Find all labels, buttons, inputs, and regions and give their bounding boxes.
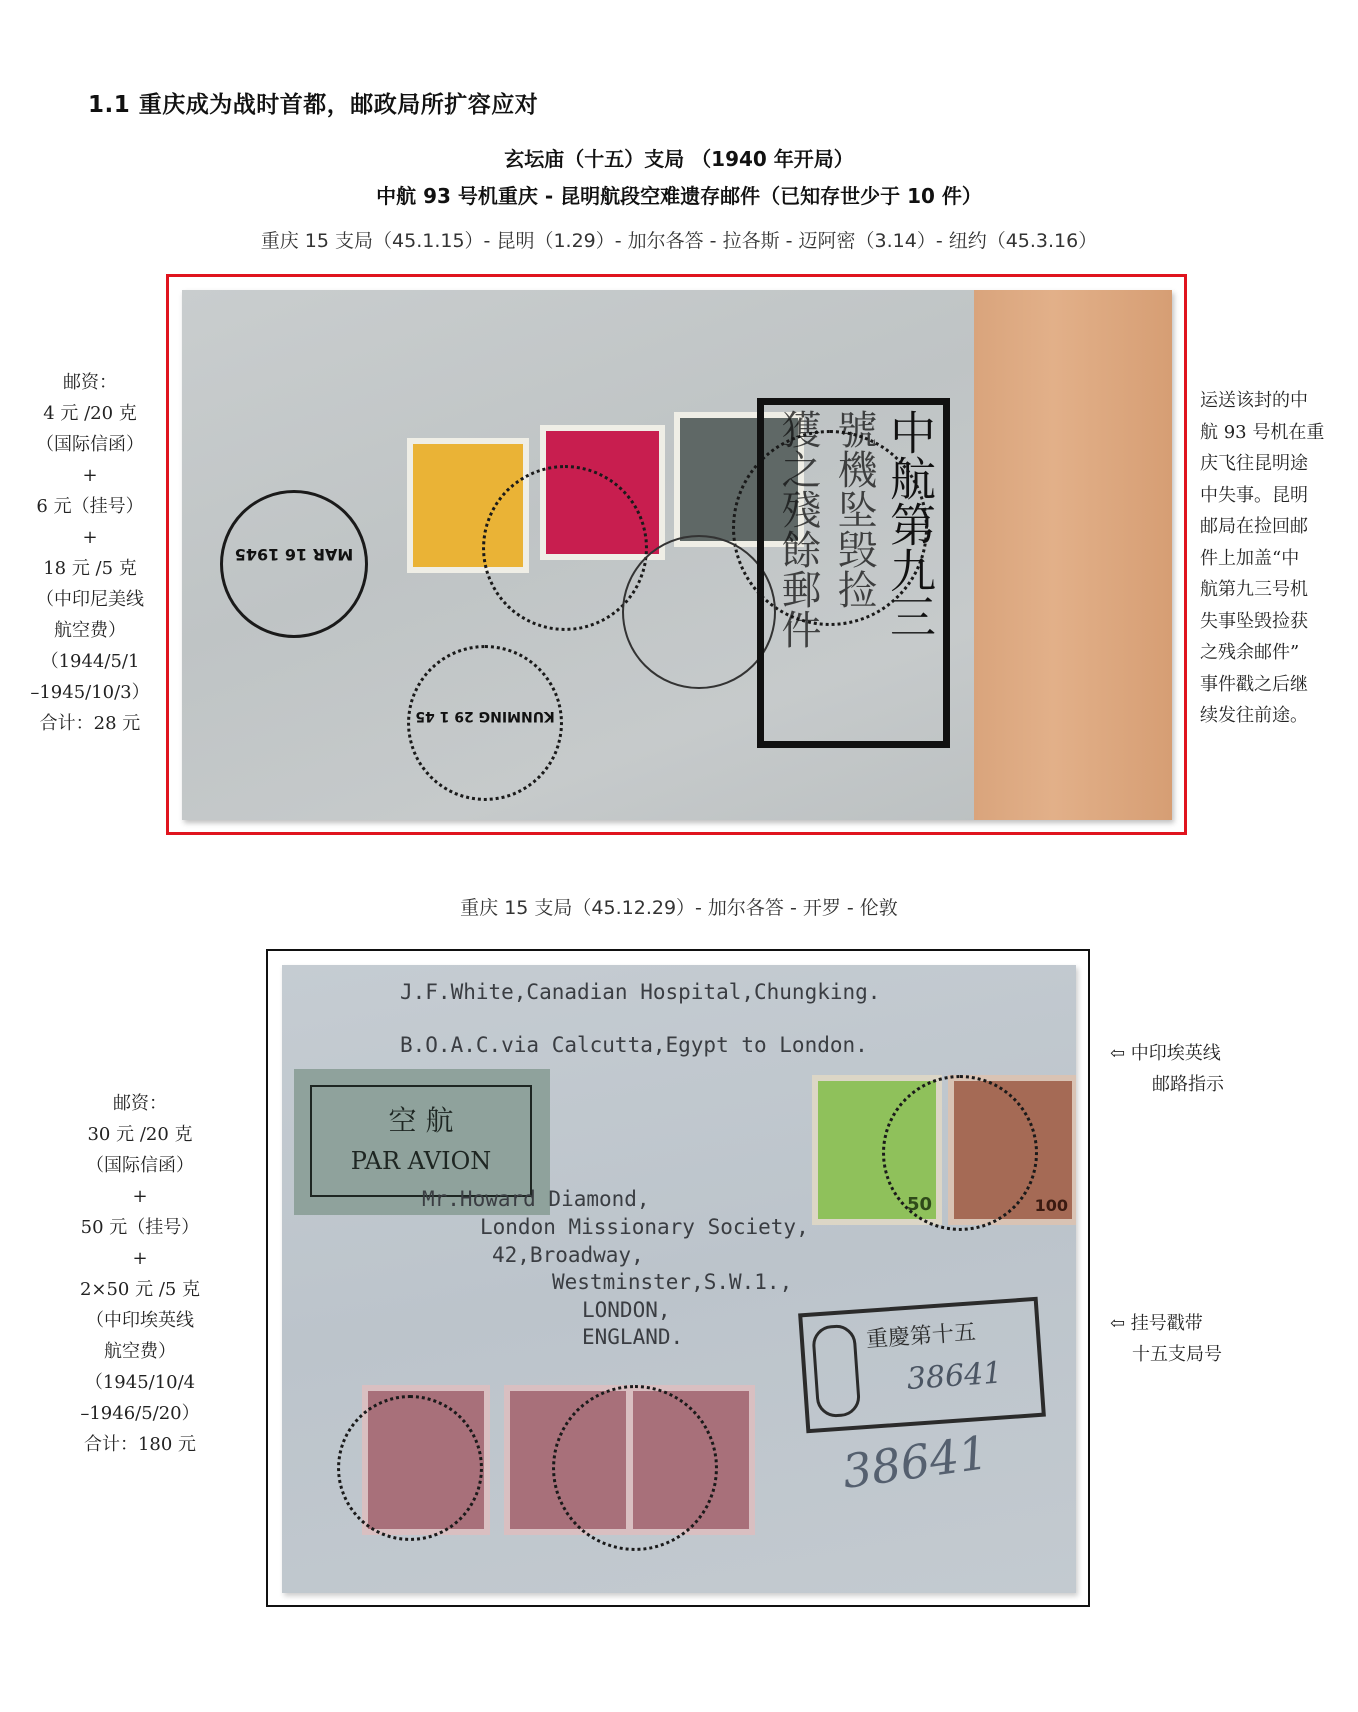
registration-number: 38641: [906, 1355, 1004, 1397]
note-line: 合计：180 元: [55, 1429, 225, 1460]
chungking-postmark-4: [552, 1385, 718, 1551]
routing-line: B.O.A.C.via Calcutta,Egypt to London.: [400, 1033, 868, 1057]
note-line: 航空费）: [55, 1336, 225, 1367]
note-line: +: [20, 460, 160, 491]
note-line: （中印尼美线: [20, 584, 160, 615]
note-line: 事件戳之后继: [1200, 669, 1350, 701]
annotation-line: 邮路指示: [1110, 1069, 1330, 1100]
cachet-line: 獲之殘餘郵件: [771, 409, 825, 649]
note-line: 邮局在捡回邮: [1200, 511, 1350, 543]
annotation-route: ⇦ 中印埃英线 邮路指示: [1110, 1038, 1330, 1100]
note-line: +: [55, 1181, 225, 1212]
note-line: +: [20, 522, 160, 553]
registration-cachet: 重慶第十五 38641: [798, 1297, 1046, 1433]
handwritten-number: 38641: [839, 1425, 991, 1499]
note-line: （国际信函）: [20, 429, 160, 460]
note-line: 航 93 号机在重: [1200, 417, 1350, 449]
sender-line: J.F.White,Canadian Hospital,Chungking.: [400, 980, 880, 1004]
annotation-line: 十五支局号: [1110, 1339, 1330, 1370]
note-line: +: [55, 1243, 225, 1274]
section-title: 1.1 重庆成为战时首都，邮政局所扩容应对: [88, 86, 538, 119]
note-line: 之残余邮件”: [1200, 637, 1350, 669]
cover1-subtitle-2: 中航 93 号机重庆 - 昆明航段空难遗存邮件（已知存世少于 10 件）: [0, 180, 1358, 209]
cachet-line: 號機坠毁捡: [827, 409, 881, 609]
address-line: London Missionary Society,: [480, 1215, 809, 1239]
note-line: 件上加盖“中: [1200, 543, 1350, 575]
backing-tape: [974, 290, 1172, 820]
registered-postmark: MAR 16 1945: [220, 490, 368, 638]
cover1-postage-note: 邮资： 4 元 /20 克 （国际信函） + 6 元（挂号） + 18 元 /5…: [20, 367, 160, 739]
miami-postmark: [622, 535, 776, 689]
note-line: （国际信函）: [55, 1150, 225, 1181]
address-line: ENGLAND.: [582, 1325, 683, 1349]
postmark-kunming-text: KUNMING 29 1 45: [410, 708, 560, 724]
note-line: 邮资：: [20, 367, 160, 398]
note-line: （1944/5/1: [20, 646, 160, 677]
chungking-postmark: [882, 1075, 1038, 1231]
address-line: LONDON,: [582, 1298, 671, 1322]
note-line: –1946/5/20）: [55, 1398, 225, 1429]
address-line: Mr.Howard Diamond,: [422, 1187, 650, 1211]
airmail-label-fr: PAR AVION: [312, 1147, 530, 1175]
airmail-label-border: 空 航 PAR AVION: [310, 1085, 532, 1197]
annotation-line: ⇦ 中印埃英线: [1110, 1038, 1330, 1069]
note-line: 庆飞往昆明途: [1200, 448, 1350, 480]
note-line: 续发往前途。: [1200, 700, 1350, 732]
note-line: –1945/10/3）: [20, 677, 160, 708]
cover1-route: 重庆 15 支局（45.1.15）- 昆明（1.29）- 加尔各答 - 拉各斯 …: [0, 226, 1358, 253]
cover1-subtitle-1: 玄坛庙（十五）支局 （1940 年开局）: [0, 143, 1358, 172]
note-line: 航第九三号机: [1200, 574, 1350, 606]
kunming-postmark: KUNMING 29 1 45: [407, 645, 563, 801]
airmail-label-cn: 空 航: [312, 1099, 530, 1139]
note-line: 运送该封的中: [1200, 385, 1350, 417]
cachet-line: 中航第九三: [883, 409, 937, 639]
address-line: 42,Broadway,: [492, 1243, 644, 1267]
note-line: （中印埃英线: [55, 1305, 225, 1336]
note-line: 失事坠毁捡获: [1200, 606, 1350, 638]
cover2-postage-note: 邮资： 30 元 /20 克 （国际信函） + 50 元（挂号） + 2×50 …: [55, 1088, 225, 1460]
note-line: 30 元 /20 克: [55, 1119, 225, 1150]
postmark-date: MAR 16 1945: [223, 545, 365, 564]
note-line: 中失事。昆明: [1200, 480, 1350, 512]
annotation-registration: ⇦ 挂号戳带 十五支局号: [1110, 1308, 1330, 1370]
cover1-image: MAR 16 1945 KUNMING 29 1 45 中航第九三 號機坠毁捡 …: [182, 290, 1172, 820]
note-line: 50 元（挂号）: [55, 1212, 225, 1243]
note-line: 4 元 /20 克: [20, 398, 160, 429]
cover2-route: 重庆 15 支局（45.12.29）- 加尔各答 - 开罗 - 伦敦: [0, 893, 1358, 920]
note-line: （1945/10/4: [55, 1367, 225, 1398]
note-line: 航空费）: [20, 615, 160, 646]
registration-r-mark: [811, 1324, 861, 1419]
address-line: Westminster,S.W.1.,: [552, 1270, 792, 1294]
note-line: 18 元 /5 克: [20, 553, 160, 584]
chungking-postmark-3: [337, 1395, 483, 1541]
cover1-description-note: 运送该封的中 航 93 号机在重 庆飞往昆明途 中失事。昆明 邮局在捡回邮 件上…: [1200, 385, 1350, 732]
note-line: 邮资：: [55, 1088, 225, 1119]
note-line: 2×50 元 /5 克: [55, 1274, 225, 1305]
cover2-image: J.F.White,Canadian Hospital,Chungking. B…: [282, 965, 1076, 1593]
stamp-value: 100: [1035, 1196, 1068, 1215]
note-line: 合计：28 元: [20, 708, 160, 739]
note-line: 6 元（挂号）: [20, 491, 160, 522]
crash-cachet: 中航第九三 號機坠毁捡 獲之殘餘郵件: [757, 398, 950, 748]
registration-label: 重慶第十五: [865, 1315, 977, 1354]
annotation-line: ⇦ 挂号戳带: [1110, 1308, 1330, 1339]
